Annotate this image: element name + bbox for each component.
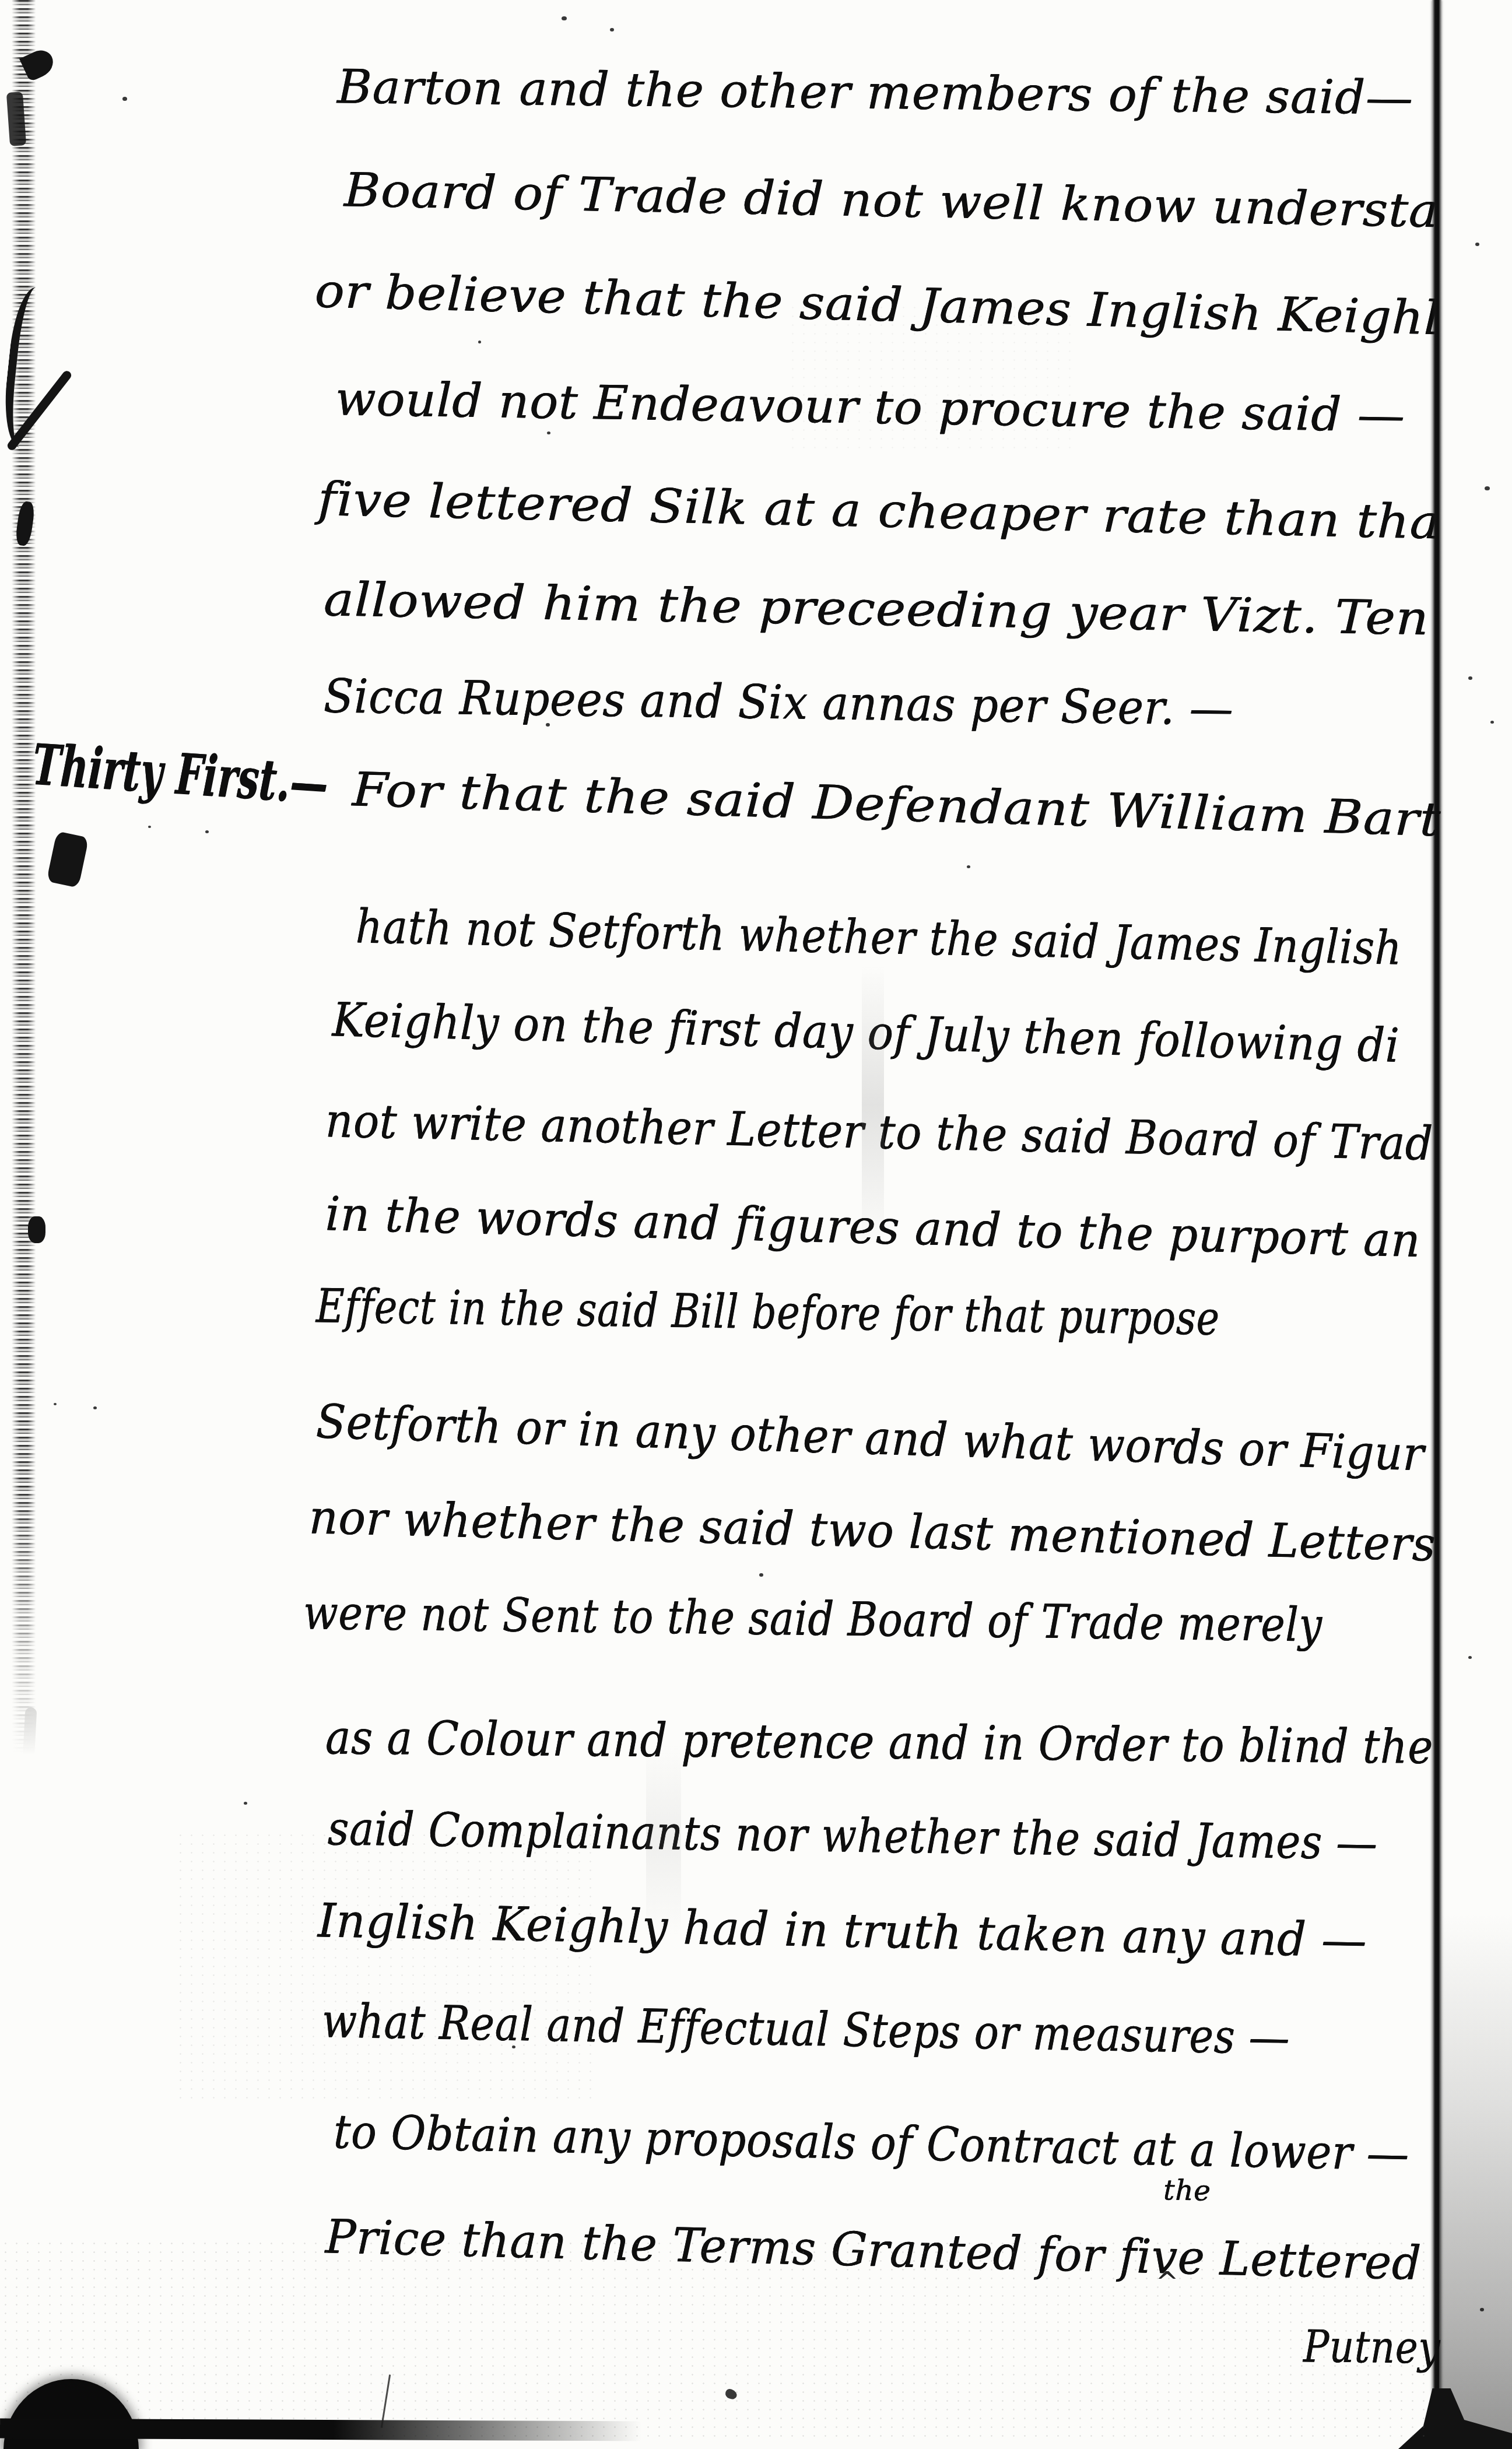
margin-note: Thirty First.— (31, 734, 331, 815)
gutter-ink-mark (28, 1216, 45, 1243)
ink-speck (1468, 1656, 1472, 1659)
manuscript-line: Sicca Rupees and Six annas per Seer. — (323, 671, 1234, 735)
manuscript-line: For that the said Defendant William Bart (352, 764, 1441, 845)
ink-speck (1468, 676, 1472, 680)
ink-speck (562, 16, 567, 20)
manuscript-page: Barton and the other members of the said… (0, 0, 1512, 2449)
paper-noise (0, 2239, 1429, 2443)
manuscript-line: Setforth or in any other and what words … (315, 1396, 1425, 1480)
ink-speck (122, 97, 127, 101)
manuscript-line: Board of Trade did not well know underst… (343, 164, 1439, 237)
gutter-fade (0, 1493, 58, 1802)
manuscript-line: to Obtain any proposals of Contract at a… (333, 2106, 1410, 2180)
manuscript-line: as a Colour and pretence and in Order to… (325, 1712, 1434, 1773)
paper-noise (787, 303, 1079, 455)
ink-speck (93, 1406, 97, 1409)
ink-speck (1485, 486, 1490, 490)
manuscript-line: hath not Setforth whether the said James… (355, 901, 1402, 974)
bottom-shadow-band (0, 2419, 641, 2441)
paper-smudge (646, 1743, 681, 1936)
manuscript-line: five lettered Silk at a cheaper rate tha… (317, 473, 1440, 548)
manuscript-line: were not Sent to the said Board of Trade… (303, 1587, 1322, 1651)
manuscript-line: allowed him the preceeding year Vizt. Te… (323, 574, 1429, 644)
ink-speck (1480, 2308, 1484, 2311)
ink-speck (244, 1802, 247, 1805)
ink-speck (478, 341, 481, 343)
manuscript-line: nor whether the said two last mentioned … (308, 1492, 1437, 1570)
gutter-ink-mark (46, 831, 89, 888)
binding-edge-line (1432, 0, 1441, 2449)
ink-speck (54, 1403, 57, 1405)
ink-speck (967, 865, 970, 868)
paper-smudge (862, 965, 884, 1245)
ink-speck (546, 723, 550, 727)
ink-speck (1490, 721, 1494, 724)
paper-noise (175, 1831, 595, 2105)
ink-speck (148, 826, 151, 828)
ink-speck (1475, 243, 1479, 246)
inserted-word: the (1163, 2175, 1211, 2206)
ink-speck (205, 830, 209, 833)
manuscript-line: Effect in the said Bill before for that … (315, 1280, 1220, 1345)
manuscript-line: Barton and the other members of the said… (337, 61, 1414, 124)
ink-speck (759, 1573, 763, 1577)
binding-shade (1440, 1913, 1512, 2449)
ink-speck (610, 28, 614, 31)
ink-speck (547, 431, 550, 434)
ink-speck (512, 2045, 515, 2048)
